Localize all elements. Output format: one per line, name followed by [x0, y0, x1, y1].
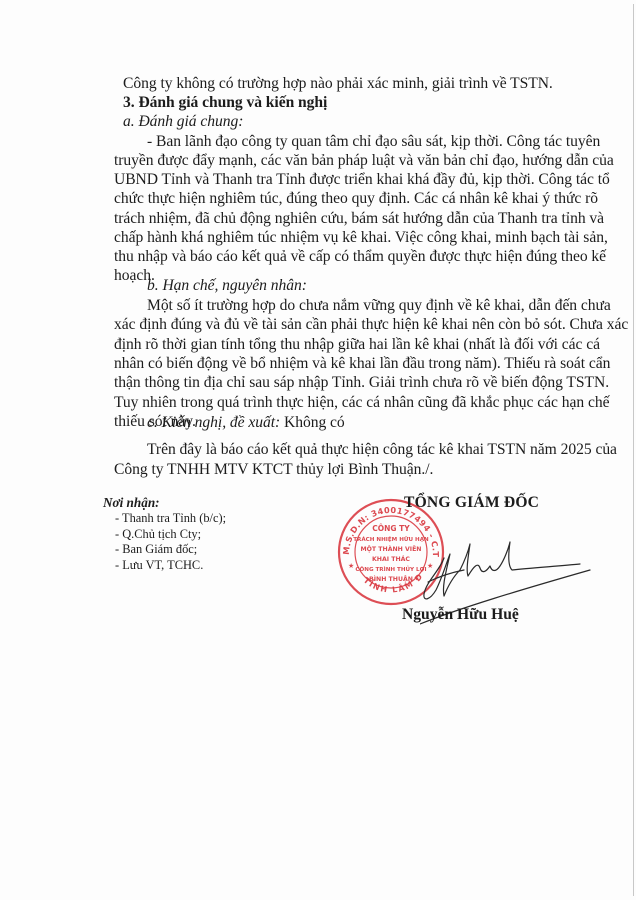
paragraph-line: chức thực hiện nghiêm túc, đúng theo quy… [114, 189, 533, 208]
recipients-block: Nơi nhận: - Thanh tra Tỉnh (b/c); - Q.Ch… [103, 495, 226, 574]
paragraph-line: thận thông tin địa chỉ sau sáp nhập Tỉnh… [114, 373, 533, 392]
paragraph-line: Trên đây là báo cáo kết quả thực hiện cô… [147, 440, 533, 459]
paragraph-line: Công ty TNHH MTV KTCT thủy lợi Bình Thuậ… [114, 460, 433, 479]
stamp-center-line: MỘT THÀNH VIÊN [361, 544, 422, 553]
stamp-center-line: BÌNH THUẬN [369, 574, 413, 583]
stamp-center-line: CÔNG TY [372, 524, 410, 533]
paragraph-line: UBND Tỉnh và Thanh tra Tỉnh được triển k… [114, 170, 533, 189]
subsection-b-heading: b. Hạn chế, nguyên nhân: [147, 276, 307, 295]
paragraph-line: trách nhiệm, đã chủ động nghiên cứu, bám… [114, 209, 533, 228]
subsection-c-value: Không có [280, 414, 345, 431]
recipient-item: - Q.Chủ tịch Cty; [103, 527, 226, 543]
section-3-heading: 3. Đánh giá chung và kiến nghị [123, 93, 327, 112]
subsection-c-heading: c. Kiến nghị, đề xuất: [147, 414, 280, 431]
svg-text:★: ★ [348, 562, 354, 570]
paragraph-line: nhân có biến động về bổ nhiệm và kê khai… [114, 354, 533, 373]
recipients-title: Nơi nhận: [103, 495, 226, 511]
stamp-center-line: CÔNG TRÌNH THỦY LỢI [355, 565, 426, 573]
paragraph-line: Tuy nhiên trong quá trình thực hiện, các… [114, 393, 533, 412]
stamp-center-line: KHAI THÁC [372, 554, 410, 563]
document-page: Công ty không có trường hợp nào phải xác… [0, 0, 636, 900]
recipient-item: - Ban Giám đốc; [103, 542, 226, 558]
paragraph-line: Một số ít trường hợp do chưa nắm vững qu… [147, 296, 533, 315]
signer-title: TỔNG GIÁM ĐỐC [404, 494, 539, 512]
recipient-item: - Thanh tra Tỉnh (b/c); [103, 511, 226, 527]
subsection-a-heading: a. Đánh giá chung: [123, 112, 243, 131]
paragraph-line: - Ban lãnh đạo công ty quan tâm chỉ đạo … [147, 132, 533, 151]
paragraph-line: thu nhập và báo cáo kết quả về cấp có th… [114, 247, 533, 266]
signer-name: Nguyễn Hữu Huệ [402, 606, 519, 624]
paragraph-line: chấp hành khá nghiêm túc nhiệm vụ kê kha… [114, 228, 533, 247]
paragraph-line: xác định đúng và đủ về tài sản cần phải … [114, 315, 533, 334]
subsection-c: c. Kiến nghị, đề xuất: Không có [147, 413, 345, 432]
paragraph-no-verification: Công ty không có trường hợp nào phải xác… [123, 74, 553, 93]
paragraph-line: định rõ thời gian tính tổng thu nhập giữ… [114, 335, 533, 354]
paragraph-line: truyền được đẩy mạnh, các văn bản pháp l… [114, 151, 533, 170]
stamp-center-line: TRÁCH NHIỆM HỮU HẠN [353, 535, 429, 543]
recipient-item: - Lưu VT, TCHC. [103, 558, 226, 574]
